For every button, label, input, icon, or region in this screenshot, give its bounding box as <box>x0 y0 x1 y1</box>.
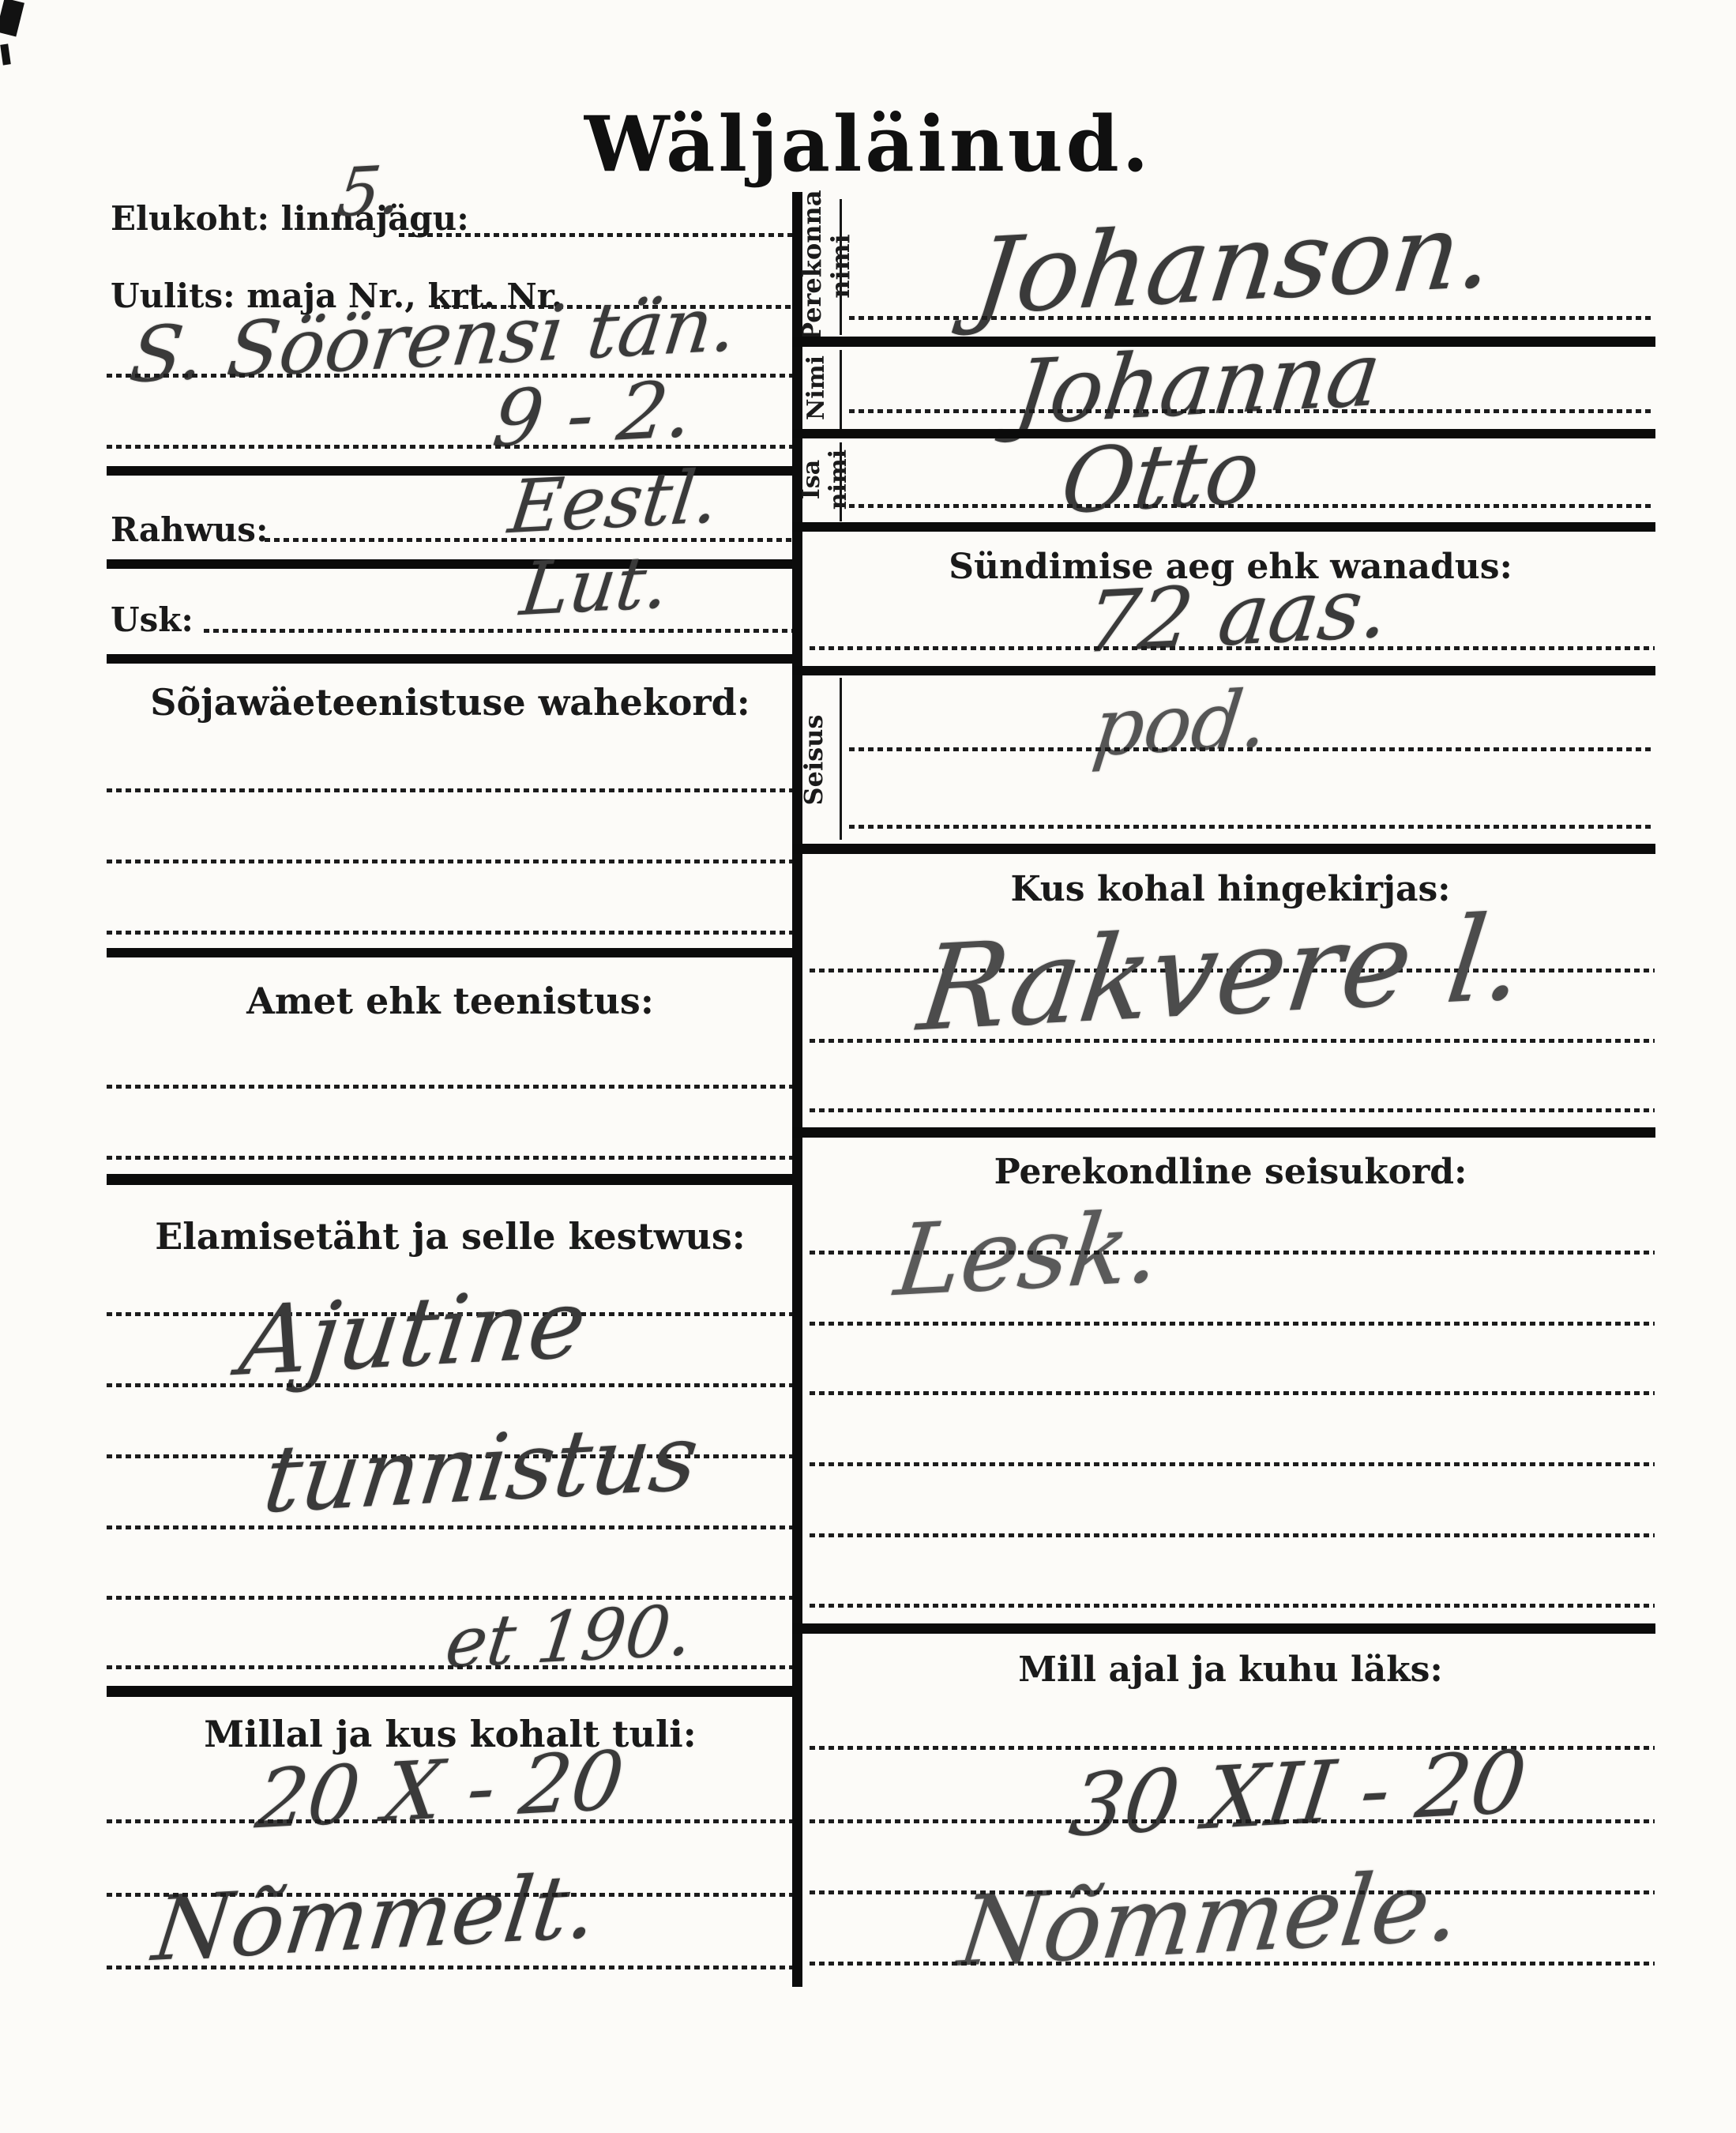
residence-district-label: Elukoht: linnajägu: <box>111 199 469 238</box>
religion-value: Lut. <box>517 546 673 626</box>
father-name-label: Isa nimi <box>798 448 840 511</box>
age-value: 72 aas. <box>1081 566 1394 666</box>
military-service-header: Sõjawäeteenistuse wahekord: <box>107 681 794 724</box>
dotted-line <box>107 788 794 792</box>
dotted-line <box>107 931 794 935</box>
label-box-line <box>840 678 842 840</box>
dotted-line <box>810 1108 1655 1112</box>
dotted-line <box>810 646 1655 650</box>
marital-status-value: Lesk. <box>891 1198 1167 1311</box>
rule-line <box>107 654 794 664</box>
dotted-line <box>107 860 794 863</box>
dotted-line <box>107 1383 794 1387</box>
label-box-line <box>840 350 842 429</box>
dotted-line <box>107 1085 794 1089</box>
dotted-line <box>399 233 794 237</box>
dotted-line <box>810 1391 1655 1395</box>
parish-register-value: Rakvere l. <box>913 898 1530 1048</box>
occupation-header: Amet ehk teenistus: <box>107 980 794 1022</box>
dotted-line <box>849 504 1655 508</box>
dotted-line <box>810 1039 1655 1043</box>
residence-permit-header: Elamisetäht ja selle kestwus: <box>107 1215 794 1258</box>
residence-district-value: 5. <box>334 156 405 227</box>
family-name-value: Johanson. <box>969 197 1499 329</box>
rule-line <box>792 1127 1655 1138</box>
dotted-line <box>107 1156 794 1160</box>
rule-line <box>107 948 794 957</box>
dotted-line <box>107 1665 794 1669</box>
dotted-line <box>849 316 1655 320</box>
family-name-label: Perekonna nimi <box>798 191 840 341</box>
status-value: pod. <box>1089 679 1272 768</box>
dotted-line <box>810 1462 1655 1466</box>
religion-label: Usk: <box>111 600 194 639</box>
rule-line <box>792 1623 1655 1634</box>
first-name-label: Nimi <box>803 333 835 443</box>
arrival-place-value: Nõmmelt. <box>148 1862 602 1974</box>
rule-line <box>792 844 1655 854</box>
dotted-line <box>810 1890 1655 1894</box>
nationality-value: Eestl. <box>505 461 722 545</box>
dotted-line <box>810 1819 1655 1823</box>
scan-artifact <box>0 43 11 65</box>
dotted-line <box>849 747 1655 751</box>
dotted-line <box>810 1322 1655 1326</box>
father-name-value: Otto <box>1057 427 1264 527</box>
dotted-line <box>107 1819 794 1823</box>
rule-line <box>792 522 1655 532</box>
form-title: Wäljaläinud. <box>0 100 1736 189</box>
dotted-line <box>810 1604 1655 1608</box>
departure-date-value: 30 XII - 20 <box>1065 1740 1531 1849</box>
dotted-line <box>204 629 794 633</box>
dotted-line <box>849 825 1655 829</box>
dotted-line <box>107 1525 794 1529</box>
dotted-line <box>810 1251 1655 1255</box>
nationality-label: Rahwus: <box>111 510 268 549</box>
dotted-line <box>107 1893 794 1897</box>
scanned-registration-card: Wäljaläinud. Elukoht: linnajägu: 5. Uuli… <box>0 0 1736 2133</box>
arrival-date-value: 20 X - 20 <box>252 1740 628 1841</box>
dotted-line <box>810 1533 1655 1537</box>
first-name-value: Johanna <box>1009 329 1385 438</box>
rule-line <box>107 559 794 569</box>
dotted-line <box>810 1962 1655 1966</box>
dotted-line <box>107 1966 794 1969</box>
dotted-line <box>849 409 1655 413</box>
departure-header: Mill ajal ja kuhu läks: <box>806 1650 1655 1690</box>
residence-permit-value-line2: tunnistus <box>259 1412 703 1527</box>
dotted-line <box>107 445 794 449</box>
rule-line <box>107 1174 794 1185</box>
residence-permit-value-line1: Ajutine <box>235 1277 591 1390</box>
marital-status-header: Perekondline seisukord: <box>806 1152 1655 1192</box>
status-label: Seisus <box>800 693 835 827</box>
dotted-line <box>265 538 794 542</box>
rule-line <box>107 1686 794 1697</box>
scan-artifact <box>0 0 24 36</box>
